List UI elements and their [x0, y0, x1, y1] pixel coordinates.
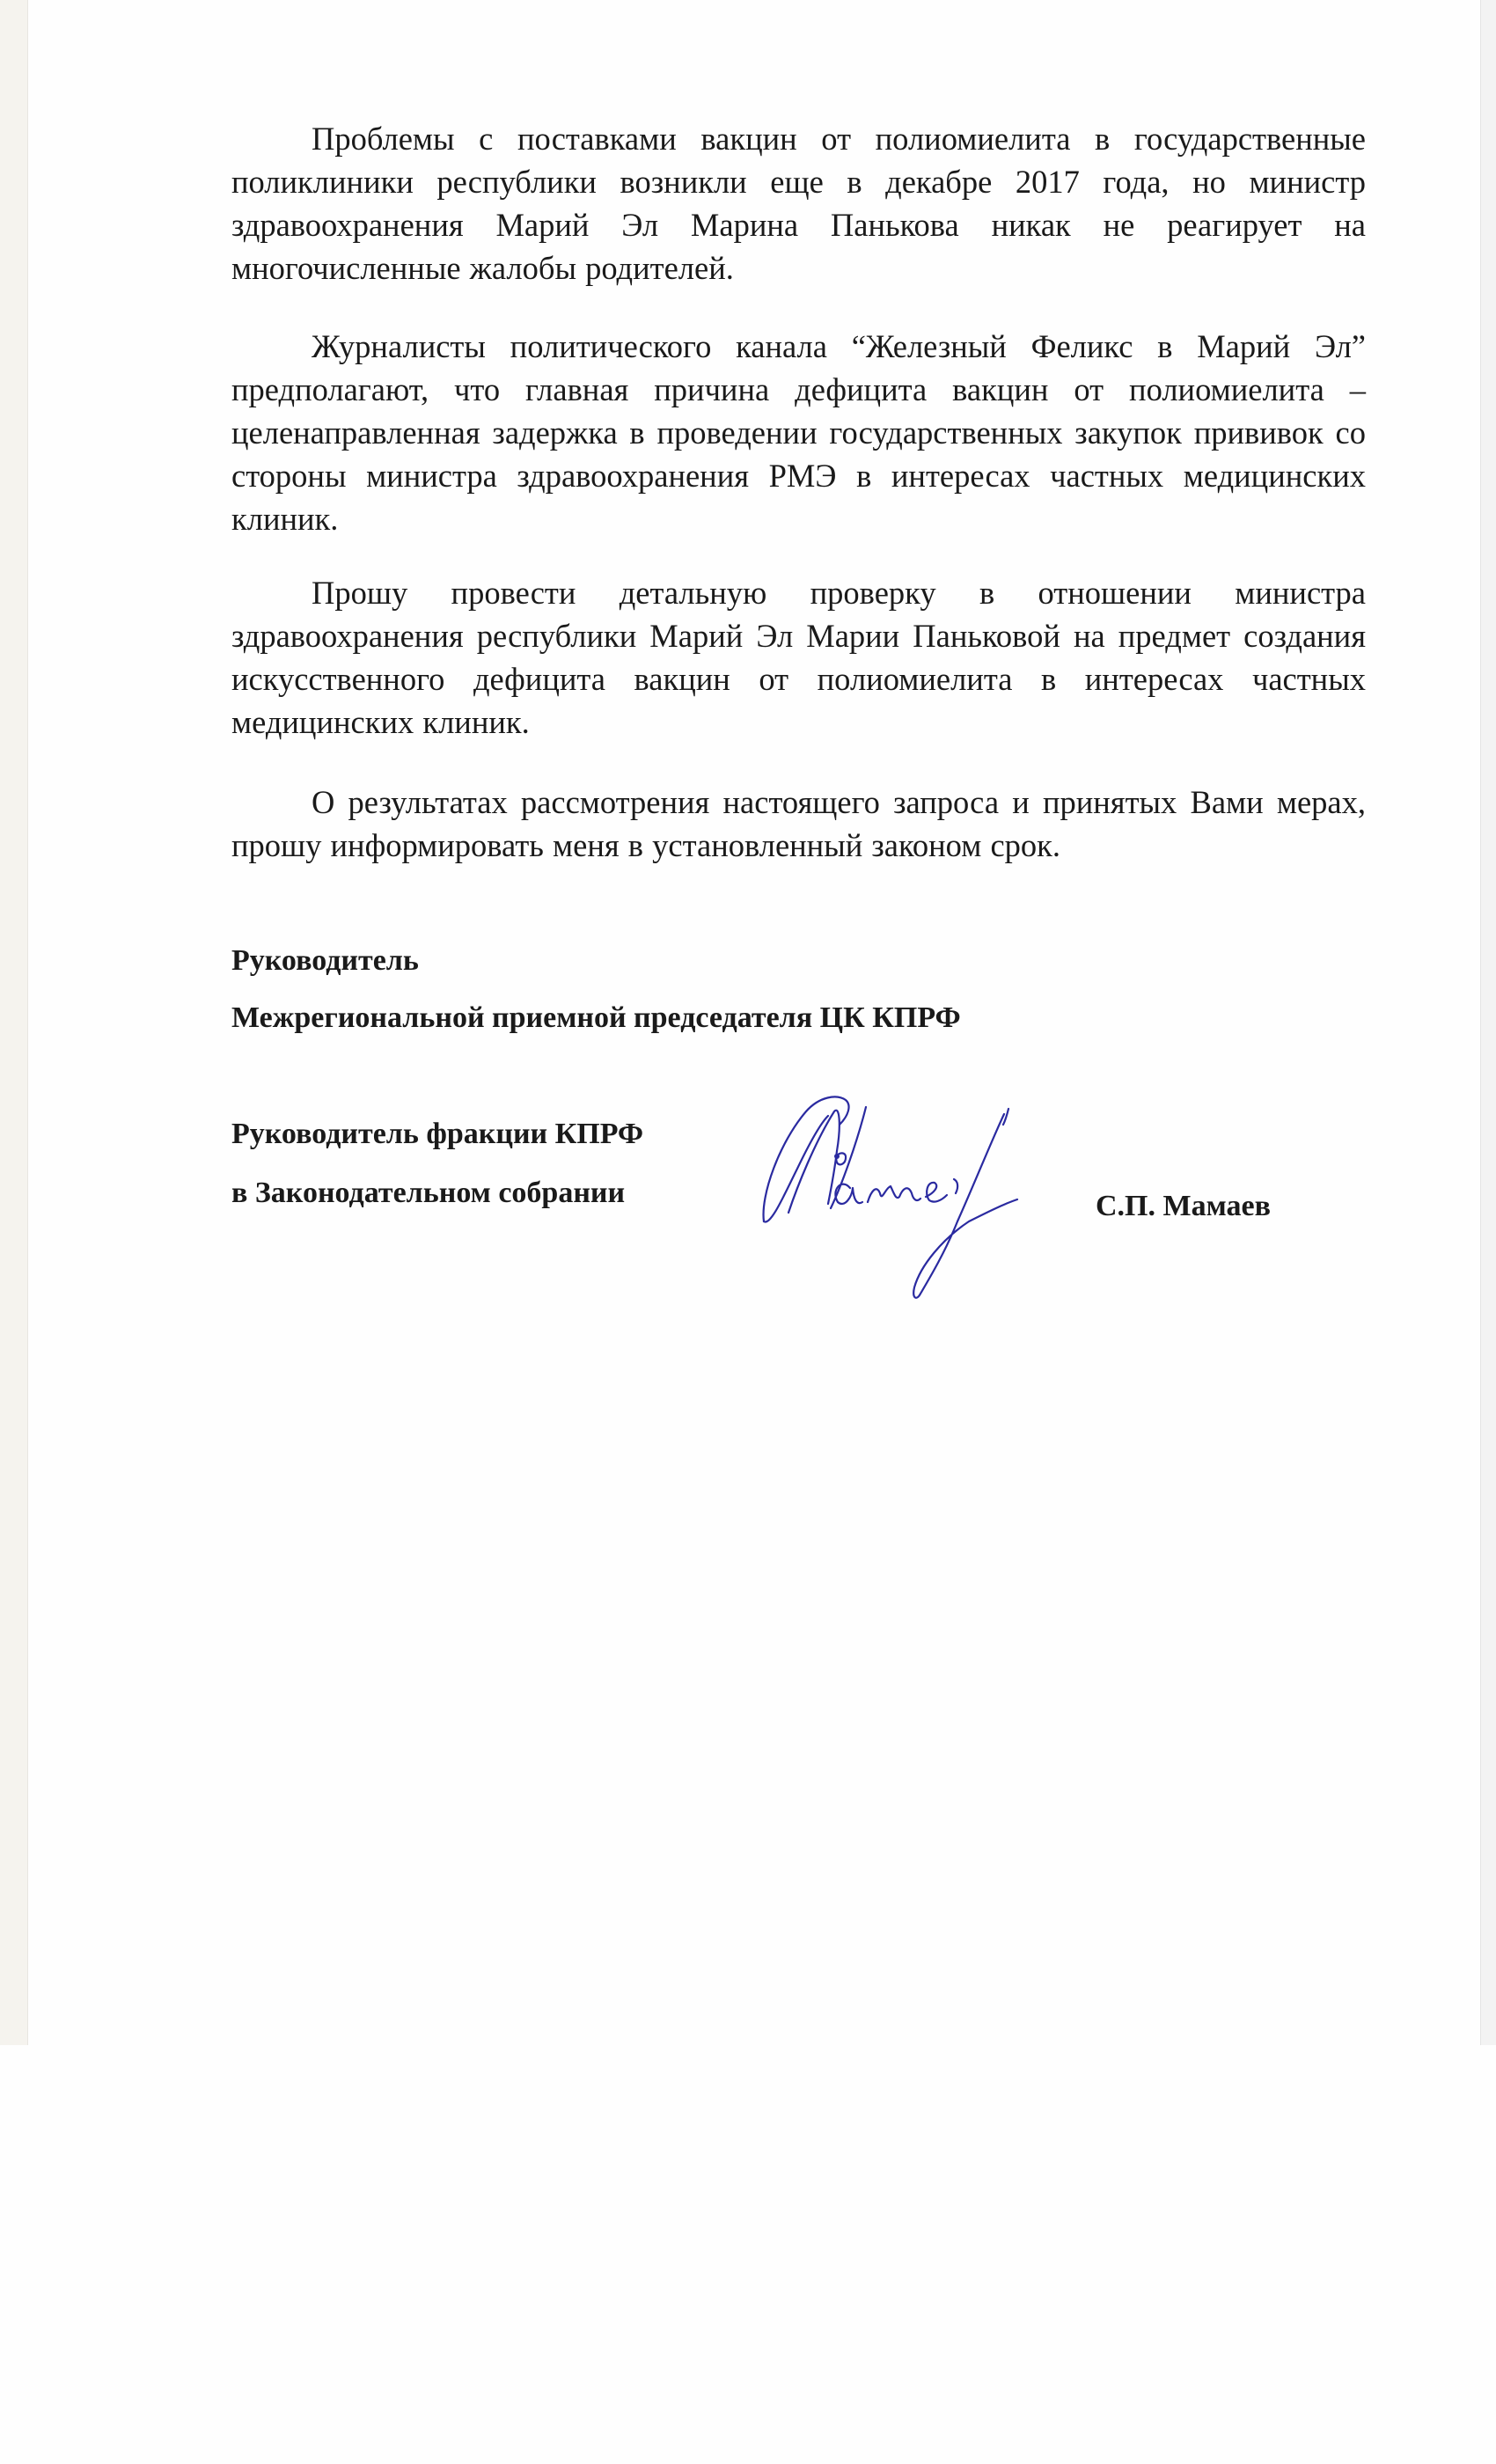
- paragraph-journalists-assumption: Журналисты политического канала “Железны…: [231, 325, 1366, 540]
- paragraph-inspection-request: Прошу провести детальную проверку в отно…: [231, 571, 1366, 744]
- signatory-name: С.П. Мамаев: [1096, 1189, 1271, 1224]
- paragraph-inform-request: О результатах рассмотрения настоящего за…: [231, 781, 1366, 867]
- signatory-title-line-1: Руководитель: [231, 943, 419, 979]
- signatory-title-line-4: в Законодательном собрании: [231, 1176, 625, 1211]
- paragraph-vaccine-supply-problems: Проблемы с поставками вакцин от полиомие…: [231, 117, 1366, 290]
- handwritten-signature-icon: [753, 1089, 1096, 1305]
- signatory-title-line-2: Межрегиональной приемной председателя ЦК…: [231, 1001, 961, 1036]
- scan-edge-left: [0, 0, 28, 2045]
- signatory-title-line-3: Руководитель фракции КПРФ: [231, 1117, 643, 1152]
- scan-edge-right: [1480, 0, 1496, 2045]
